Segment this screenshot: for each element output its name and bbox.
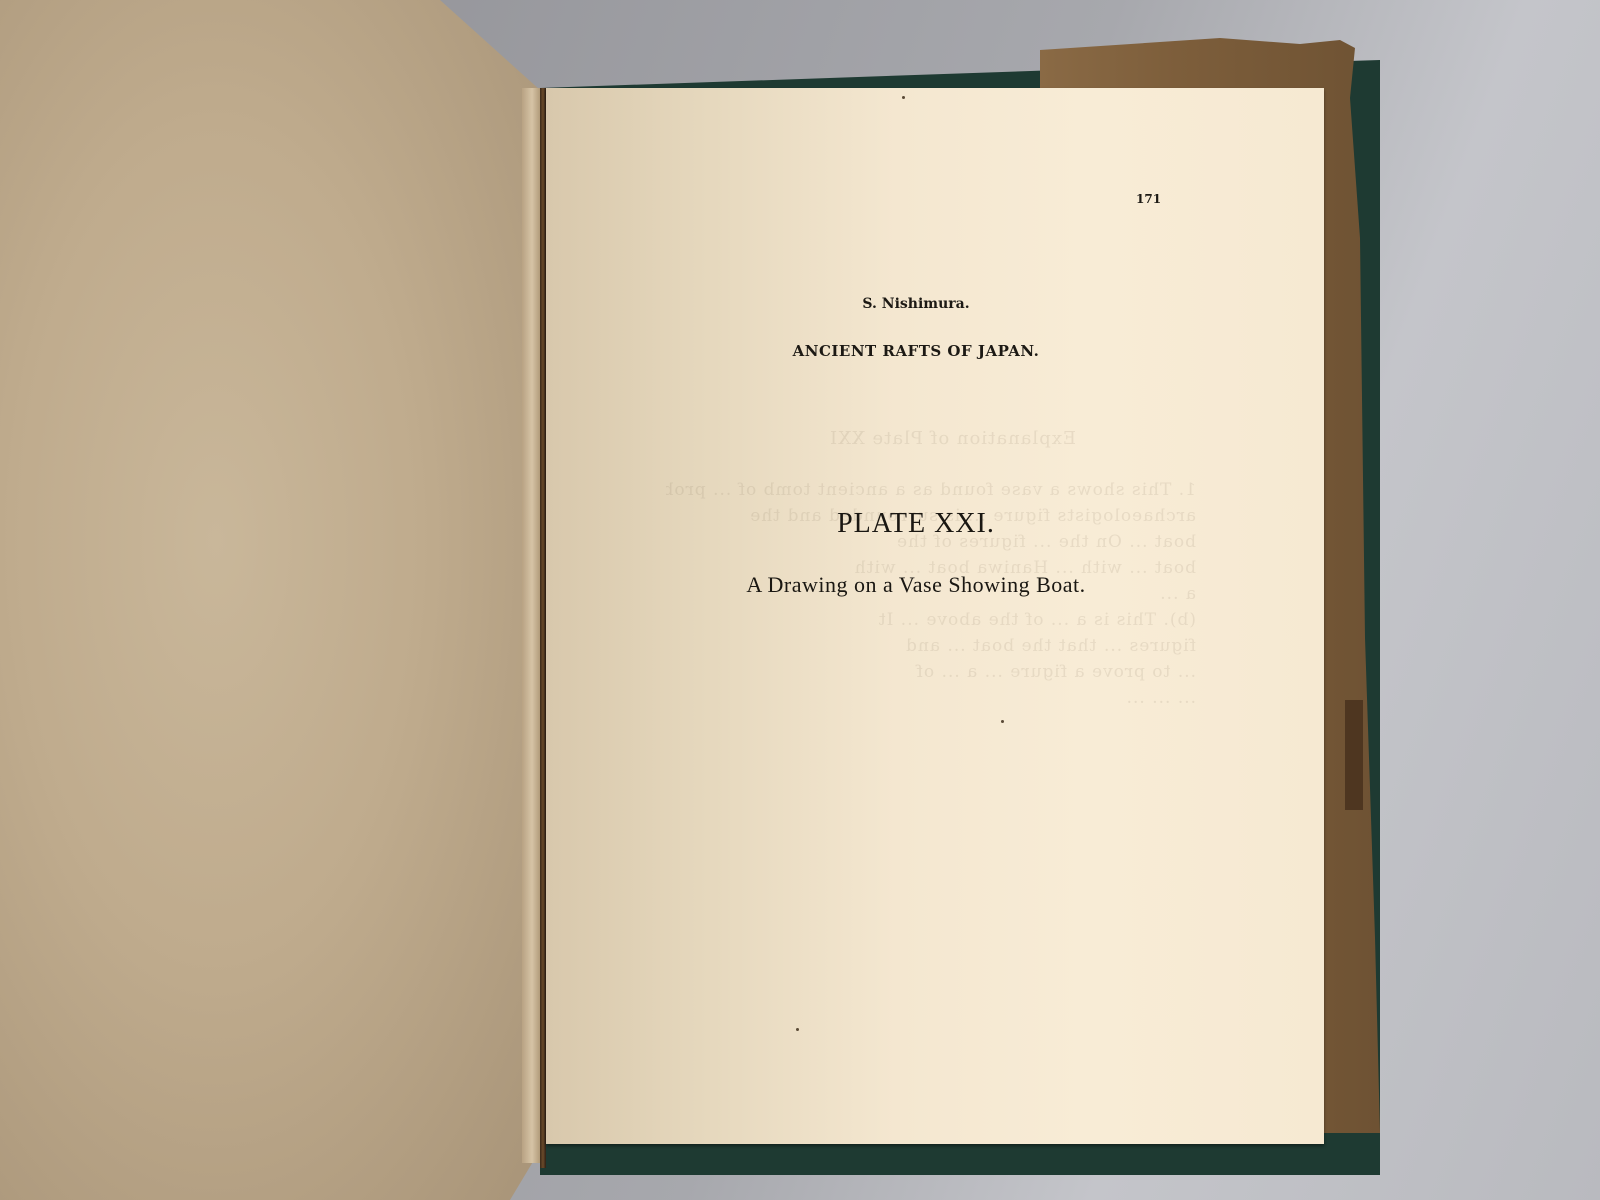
- page-number: 171: [1136, 192, 1161, 206]
- bleed-through-line: 1. This shows a vase found as a ancient …: [666, 480, 1196, 500]
- paper-speck: [902, 96, 905, 99]
- bleed-through-line: (b). This is a ... of the above ... It: [666, 610, 1196, 630]
- paper-speck: [796, 1028, 799, 1031]
- cover-tab: [1345, 700, 1363, 810]
- bleed-through-line: figures ... that the boat ... and: [666, 636, 1196, 656]
- left-page-fold: [522, 88, 542, 1163]
- plate-number: PLATE XXI.: [546, 508, 1286, 540]
- bleed-through-heading: Explanation of Plate XXI: [776, 428, 1076, 449]
- author-name: S. Nishimura.: [546, 296, 1286, 312]
- bleed-through-line: ... to prove a figure ... a ... of: [666, 662, 1196, 682]
- paper-speck: [1001, 720, 1004, 723]
- article-title: ANCIENT RAFTS OF JAPAN.: [546, 342, 1286, 360]
- plate-caption: A Drawing on a Vase Showing Boat.: [546, 572, 1286, 598]
- plate-page: Explanation of Plate XXI 1. This shows a…: [546, 88, 1324, 1144]
- left-endpaper: [0, 0, 540, 1200]
- bleed-through-line: ... ... ...: [666, 688, 1196, 708]
